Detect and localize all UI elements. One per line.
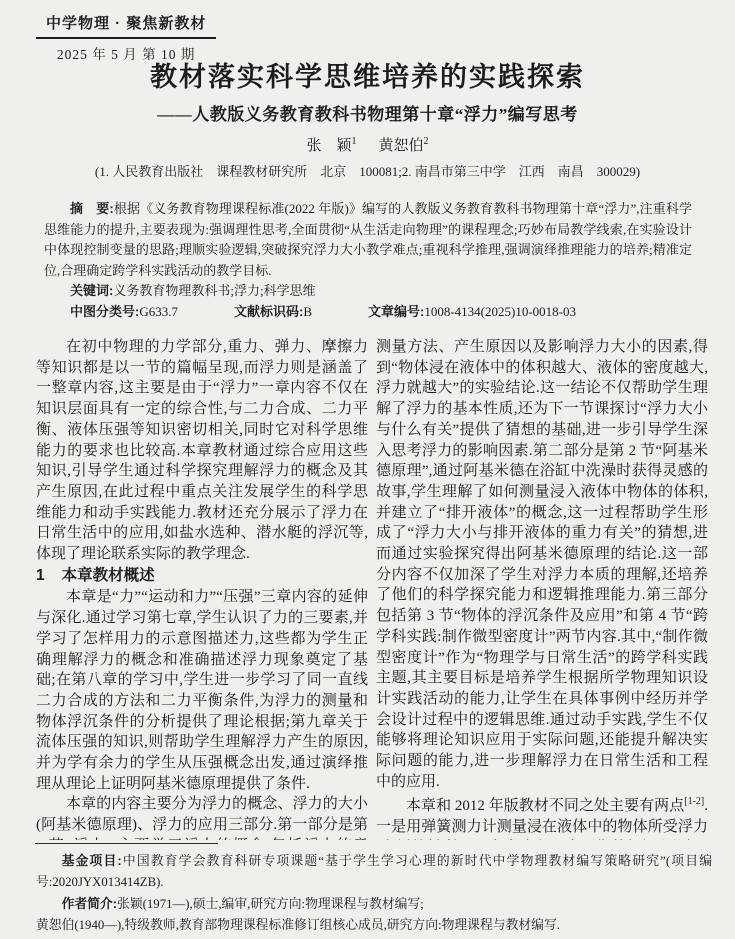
reference-superscript: [1-2] — [684, 796, 704, 807]
doc-code-label: 文献标识码: — [234, 304, 303, 319]
meta-line: 中图分类号:G633.7文献标识码:B文章编号:1008-4134(2025)1… — [44, 302, 692, 323]
footnote-body: 基金项目:中国教育学会教育科研专项课题“基于学生学习心理的新时代中学物理教材编写… — [36, 850, 712, 936]
authors-line: 张 颖1黄恕伯2 — [0, 134, 735, 155]
section-number: 1 — [36, 567, 45, 584]
left-column: 在初中物理的力学部分,重力、弹力、摩擦力等知识都是以一节的篇幅呈现,而浮力则是涵… — [36, 337, 368, 849]
body-paragraph-continued: 测量方法、产生原因以及影响浮力大小的因素,得到“物体浸在液体中的体积越大、液体的… — [376, 337, 708, 792]
clc-segment: 中图分类号:G633.7 — [70, 304, 178, 319]
abstract-paragraph: 摘 要:根据《义务教育物理课程标准(2022 年版)》编写的人教版义务教育教科书… — [44, 199, 692, 281]
doc-code-segment: 文献标识码:B — [234, 304, 312, 319]
section-heading-1: 1本章教材概述 — [36, 566, 368, 587]
clc-value: G633.7 — [139, 304, 178, 319]
page-title: 教材落实科学思维培养的实践探索 — [0, 55, 735, 94]
abstract-text: 根据《义务教育物理课程标准(2022 年版)》编写的人教版义务教育教科书物理第十… — [44, 201, 692, 278]
paper-page: 中学物理 · 聚焦新教材 2025 年 5 月 第 10 期 教材落实科学思维培… — [0, 0, 735, 939]
author-affil-mark: 2 — [424, 136, 429, 147]
author-bio-label: 作者简介: — [62, 896, 117, 911]
section-title: 本章教材概述 — [62, 567, 155, 584]
clc-label: 中图分类号: — [70, 304, 139, 319]
fund-project-label: 基金项目: — [62, 853, 122, 868]
footnote-separator — [35, 843, 218, 844]
affiliation-line: (1. 人民教育出版社 课程教材研究所 北京 100081;2. 南昌市第三中学… — [0, 161, 735, 180]
body-columns: 在初中物理的力学部分,重力、弹力、摩擦力等知识都是以一节的篇幅呈现,而浮力则是涵… — [36, 337, 708, 849]
article-id-label: 文章编号: — [368, 304, 424, 319]
author-bio-line-1: 作者简介:张颖(1971—),硕士,编审,研究方向:物理课程与教材编写; — [36, 893, 712, 915]
page-subtitle: ——人教版义务教育教科书物理第十章“浮力”编写思考 — [0, 100, 735, 125]
fund-project-text: 中国教育学会教育科研专项课题“基于学生学习心理的新时代中学物理教材编写策略研究”… — [36, 854, 712, 889]
body-paragraph: 本章是“力”“运动和力”“压强”三章内容的延伸与深化.通过学习第七章,学生认识了… — [36, 587, 368, 794]
author-bio-text: 张颖(1971—),硕士,编审,研究方向:物理课程与教材编写; — [117, 897, 424, 911]
abstract-label: 摘 要: — [70, 201, 114, 216]
journal-name: 中学物理 · 聚焦新教材 — [36, 12, 216, 39]
author-bio-line-2: 黄恕伯(1940—),特级教师,教育部物理课程标准修订组核心成员,研究方向:物理… — [36, 915, 712, 936]
abstract-block: 摘 要:根据《义务教育物理课程标准(2022 年版)》编写的人教版义务教育教科书… — [44, 199, 692, 322]
keywords-label: 关键词: — [70, 283, 113, 298]
keywords-text: 义务教育物理教科书;浮力;科学思维 — [113, 283, 315, 298]
keywords-line: 关键词:义务教育物理教科书;浮力;科学思维 — [44, 281, 692, 302]
article-id-segment: 文章编号:1008-4134(2025)10-0018-03 — [368, 304, 576, 319]
fund-project-line: 基金项目:中国教育学会教育科研专项课题“基于学生学习心理的新时代中学物理教材编写… — [36, 850, 712, 893]
footnote-area: 基金项目:中国教育学会教育科研专项课题“基于学生学习心理的新时代中学物理教材编写… — [0, 840, 735, 939]
doc-code-value: B — [303, 304, 312, 319]
article-id-value: 1008-4134(2025)10-0018-03 — [424, 304, 576, 319]
right-column: 测量方法、产生原因以及影响浮力大小的因素,得到“物体浸在液体中的体积越大、液体的… — [376, 337, 708, 849]
author-name: 黄恕伯 — [379, 138, 424, 154]
paragraph-text: 本章和 2012 年版教材不同之处主要有两点 — [406, 798, 684, 814]
author-affil-mark: 1 — [352, 136, 357, 147]
author-name: 张 颖 — [306, 138, 351, 154]
body-paragraph: 在初中物理的力学部分,重力、弹力、摩擦力等知识都是以一节的篇幅呈现,而浮力则是涵… — [36, 337, 368, 565]
